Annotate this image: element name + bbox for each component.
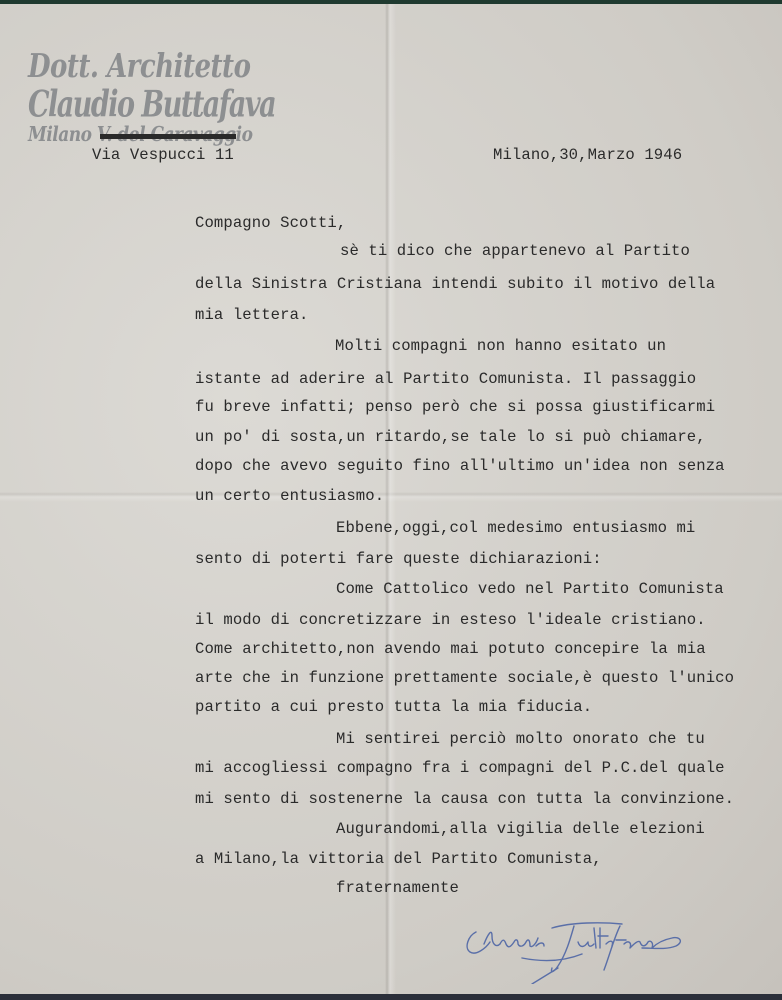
- letterhead-strikeout: [100, 134, 236, 139]
- letterhead-title: Dott. Architetto: [28, 48, 250, 86]
- body-line: il modo di concretizzare in esteso l'ide…: [195, 611, 706, 629]
- body-line: arte che in funzione prettamente sociale…: [195, 669, 734, 687]
- body-line: fraternamente: [336, 879, 459, 897]
- body-line: un certo entusiasmo.: [195, 487, 384, 505]
- sender-address: Via Vespucci 11: [92, 146, 234, 164]
- body-line: partito a cui presto tutta la mia fiduci…: [195, 698, 592, 716]
- letter-paper: Dott. Architetto Claudio Buttafava Milan…: [0, 4, 782, 994]
- body-line: Molti compagni non hanno esitato un: [335, 337, 666, 355]
- body-line: Ebbene,oggi,col medesimo entusiasmo mi: [336, 519, 695, 537]
- body-line: Come architetto,non avendo mai potuto co…: [195, 640, 706, 658]
- body-line: un po' di sosta,un ritardo,se tale lo si…: [195, 428, 706, 446]
- photo-bottom-edge: [0, 994, 782, 1000]
- body-line: mi accogliessi compagno fra i compagni d…: [195, 759, 725, 777]
- body-line: sento di poterti fare queste dichiarazio…: [195, 550, 602, 568]
- handwritten-signature: Claudio Buttafava: [462, 914, 692, 984]
- body-line: fu breve infatti; penso però che si poss…: [195, 398, 715, 416]
- salutation: Compagno Scotti,: [195, 214, 346, 232]
- body-line: sè ti dico che appartenevo al Partito: [340, 242, 690, 260]
- body-line: Come Cattolico vedo nel Partito Comunist…: [336, 580, 724, 598]
- body-line: Mi sentirei perciò molto onorato che tu: [336, 730, 705, 748]
- body-line: della Sinistra Cristiana intendi subito …: [195, 275, 715, 293]
- body-line: dopo che avevo seguito fino all'ultimo u…: [195, 457, 725, 475]
- body-line: Augurandomi,alla vigilia delle elezioni: [336, 820, 705, 838]
- body-line: mia lettera.: [195, 306, 309, 324]
- body-line: istante ad aderire al Partito Comunista.…: [195, 370, 696, 388]
- date-line: Milano,30,Marzo 1946: [493, 146, 682, 164]
- letterhead-name: Claudio Buttafava: [28, 84, 275, 126]
- body-line: mi sento di sostenerne la causa con tutt…: [195, 790, 734, 808]
- body-line: a Milano,la vittoria del Partito Comunis…: [195, 850, 602, 868]
